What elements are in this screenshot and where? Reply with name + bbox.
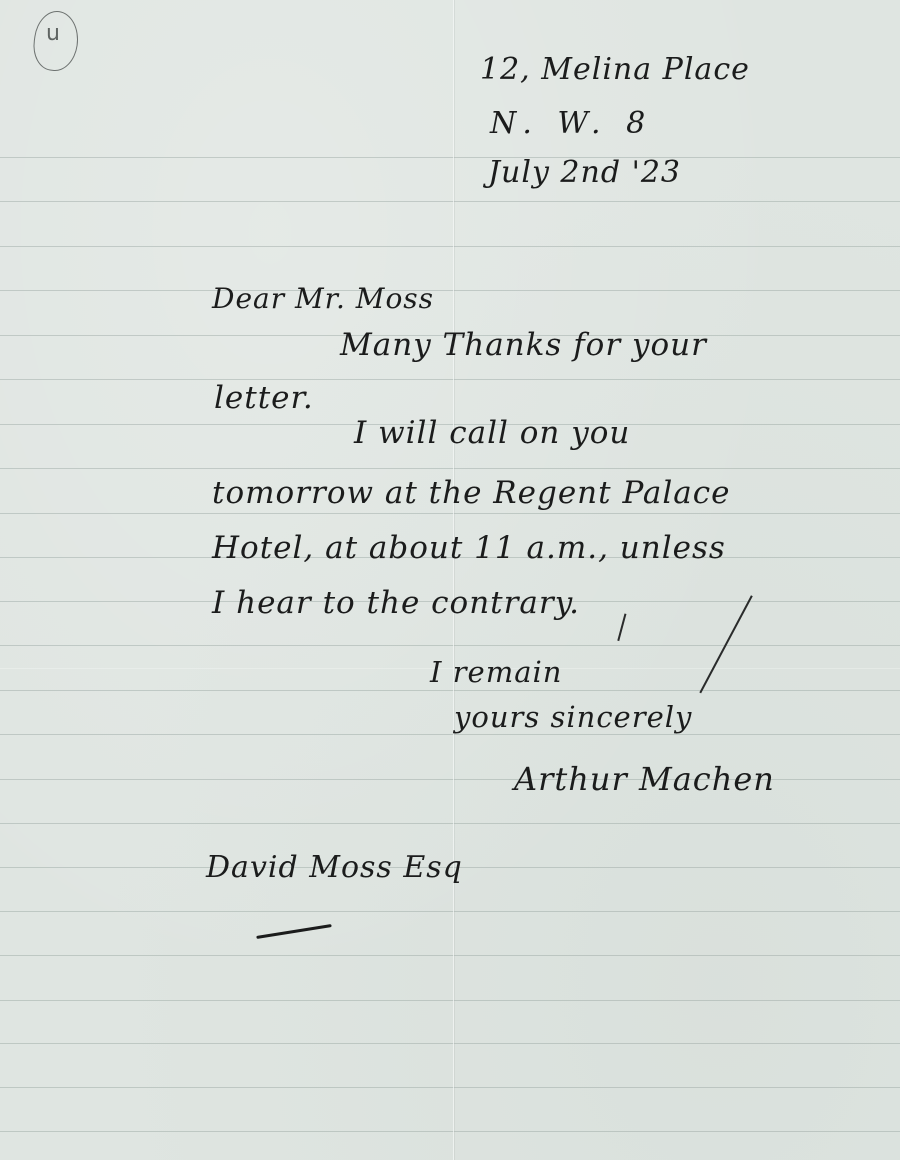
ruled-line xyxy=(0,1131,900,1132)
closing-line-1: I remain xyxy=(430,655,562,689)
ruled-line xyxy=(0,468,900,469)
ruled-line xyxy=(0,201,900,202)
ruled-line xyxy=(0,290,900,291)
ruled-line xyxy=(0,1043,900,1044)
address-line-2: N. W. 8 xyxy=(490,106,653,141)
ruled-line xyxy=(0,513,900,514)
ruled-line xyxy=(0,1087,900,1088)
body-line-5: Hotel, at about 11 a.m., unless xyxy=(212,530,726,566)
ruled-line xyxy=(0,911,900,912)
archive-mark: u xyxy=(46,21,60,46)
ruled-line xyxy=(0,246,900,247)
ruled-line xyxy=(0,645,900,646)
body-line-1: Many Thanks for your xyxy=(340,327,707,363)
body-line-4: tomorrow at the Regent Palace xyxy=(212,475,731,511)
body-line-2: letter. xyxy=(214,380,314,416)
closing-dash xyxy=(256,924,332,939)
body-line-6: I hear to the contrary. xyxy=(212,585,580,621)
salutation: Dear Mr. Moss xyxy=(212,282,434,315)
flourish-stroke xyxy=(617,614,626,641)
signature: Arthur Machen xyxy=(514,760,775,798)
date: July 2nd '23 xyxy=(488,155,681,190)
address-line-1: 12, Melina Place xyxy=(480,52,750,87)
ruled-line xyxy=(0,157,900,158)
ruled-line xyxy=(0,823,900,824)
ruled-line xyxy=(0,1000,900,1001)
ruled-line xyxy=(0,734,900,735)
recipient-name: David Moss Esq xyxy=(206,850,463,885)
ruled-line xyxy=(0,955,900,956)
ruled-line xyxy=(0,690,900,691)
letter-page: u 12, Melina Place N. W. 8 July 2nd '23 … xyxy=(0,0,900,1160)
closing-line-2: yours sincerely xyxy=(454,700,692,734)
body-line-3: I will call on you xyxy=(354,415,630,451)
vertical-fold-crease xyxy=(453,0,454,1160)
ruled-line xyxy=(0,379,900,380)
